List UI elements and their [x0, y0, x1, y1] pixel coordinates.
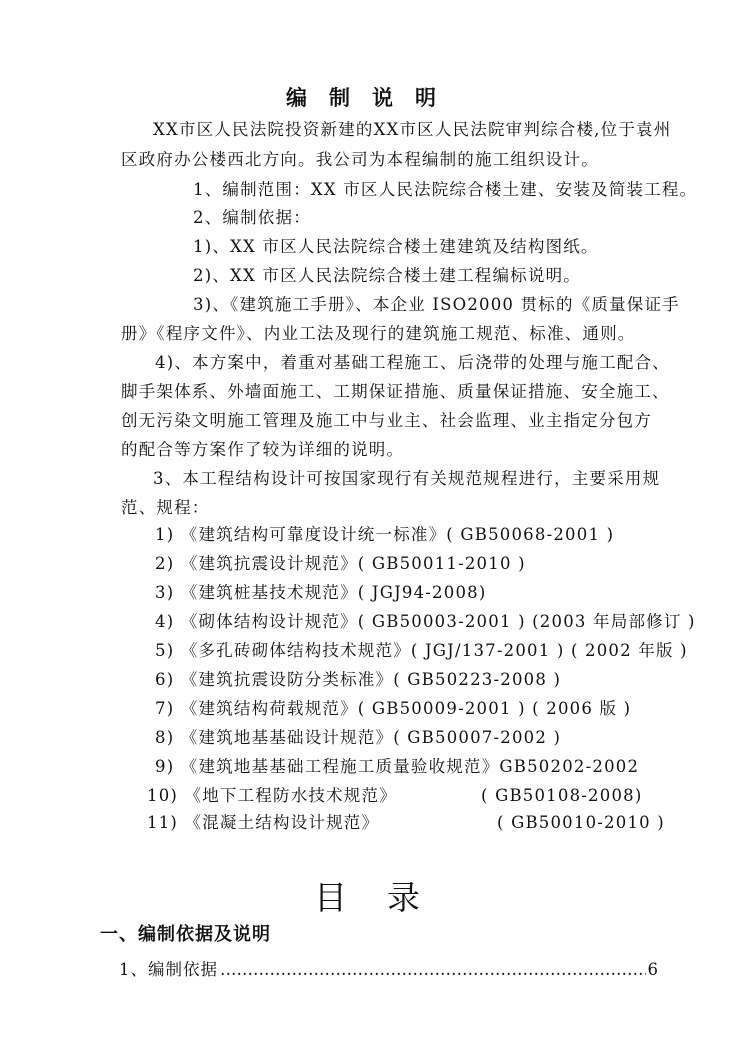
standard-item: 2) 《建筑抗震设计规范》( GB50011-2010 ) — [155, 553, 526, 575]
intro-line-1: XX市区人民法院投资新建的XX市区人民法院审判综合楼,位于袁州 — [153, 119, 671, 141]
standard-number: 11) — [147, 813, 178, 832]
standards-intro-line-1: 3、本工程结构设计可按国家现行有关规范规程进行，主要采用规 — [153, 468, 660, 490]
intro-line-2: 区政府办公楼西北方向。我公司为本程编制的施工组织设计。 — [121, 149, 599, 171]
basis-heading: 2、编制依据： — [193, 207, 311, 229]
standard-name: 《混凝土结构设计规范》 — [185, 813, 380, 832]
standard-item: 9) 《建筑地基基础工程施工质量验收规范》GB50202-2002 — [155, 756, 639, 778]
standard-name: 《建筑地基基础设计规范》 — [181, 728, 393, 747]
standard-code: ( GB50068-2001 ) — [446, 525, 614, 544]
standard-item: 3) 《建筑桩基技术规范》( JGJ94-2008) — [155, 582, 487, 604]
toc-section-heading: 一、编制依据及说明 — [100, 920, 271, 946]
standard-name: 《建筑结构可靠度设计统一标准》 — [181, 525, 447, 544]
standard-code: GB50202-2002 — [499, 757, 639, 776]
standard-number: 4) — [155, 612, 174, 631]
standard-name: 《建筑桩基技术规范》 — [181, 583, 358, 602]
basis-item-3-line-1: 3)、《建筑施工手册》、本企业 ISO2000 贯标的《质量保证手 — [193, 294, 680, 316]
standard-number: 5) — [155, 641, 174, 660]
standard-code: ( GB50108-2008) — [481, 785, 642, 807]
basis-item-4-line-1: 4)、本方案中，着重对基础工程施工、后浇带的处理与施工配合、 — [155, 352, 670, 374]
standard-number: 2) — [155, 554, 174, 573]
standards-intro-line-2: 范、规程： — [121, 497, 210, 519]
toc-title: 目录 — [0, 872, 744, 919]
standard-code: ( GB50223-2008 ) — [393, 670, 561, 689]
standard-number: 1) — [155, 525, 174, 544]
standard-item: 1) 《建筑结构可靠度设计统一标准》( GB50068-2001 ) — [155, 524, 614, 546]
standard-number: 3) — [155, 583, 174, 602]
toc-entry-label: 1、编制依据 — [119, 956, 218, 980]
toc-entry[interactable]: 1、编制依据 ………………………………………………………………………………………… — [119, 956, 659, 980]
standard-number: 10) — [147, 786, 178, 805]
standard-name: 《地下工程防水技术规范》 — [185, 786, 397, 805]
page-title: 编制说明 — [0, 82, 744, 112]
basis-item-1: 1)、XX 市区人民法院综合楼土建建筑及结构图纸。 — [193, 236, 599, 258]
basis-item-4-line-4: 的配合等方案作了较为详细的说明。 — [121, 439, 404, 461]
standard-item: 10) 《地下工程防水技术规范》 ( GB50108-2008) — [147, 785, 617, 807]
scope-line: 1、编制范围：XX 市区人民法院综合楼土建、安装及简装工程。 — [193, 179, 697, 201]
toc-entry-page: 6 — [648, 960, 660, 979]
standard-code: ( GB50009-2001 ) ( 2006 版 ) — [358, 699, 631, 718]
standard-code: ( GB50007-2002 ) — [393, 728, 561, 747]
standard-name: 《建筑结构荷载规范》 — [181, 699, 358, 718]
basis-item-4-line-3: 创无污染文明施工管理及施工中与业主、社会监理、业主指定分包方 — [121, 410, 652, 432]
basis-item-2: 2)、XX 市区人民法院综合楼土建工程编标说明。 — [193, 265, 581, 287]
standard-number: 8) — [155, 728, 174, 747]
toc-entry-leader: …………………………………………………………………………………………………………… — [220, 960, 646, 979]
standard-number: 6) — [155, 670, 174, 689]
standard-code: ( GB50011-2010 ) — [358, 554, 526, 573]
standard-code: ( JGJ/137-2001 ) ( 2002 年版 ) — [411, 641, 688, 660]
basis-item-4-line-2: 脚手架体系、外墙面施工、工期保证措施、质量保证措施、安全施工、 — [121, 381, 670, 403]
standard-item: 8) 《建筑地基基础设计规范》( GB50007-2002 ) — [155, 727, 561, 749]
standard-name: 《砌体结构设计规范》 — [181, 612, 358, 631]
standard-code: ( GB50010-2010 ) — [497, 812, 665, 834]
standard-item: 5) 《多孔砖砌体结构技术规范》( JGJ/137-2001 ) ( 2002 … — [155, 640, 688, 662]
standard-number: 9) — [155, 757, 174, 776]
standard-name: 《建筑地基基础工程施工质量验收规范》 — [181, 757, 500, 776]
standard-name: 《多孔砖砌体结构技术规范》 — [181, 641, 411, 660]
standard-item: 7) 《建筑结构荷载规范》( GB50009-2001 ) ( 2006 版 ) — [155, 698, 631, 720]
standard-item: 6) 《建筑抗震设防分类标准》( GB50223-2008 ) — [155, 669, 561, 691]
standard-code: ( JGJ94-2008) — [358, 583, 487, 602]
basis-item-3-line-2: 册》《程序文件》、内业工法及现行的建筑施工规范、标准、通则。 — [121, 323, 636, 345]
standard-item: 4) 《砌体结构设计规范》( GB50003-2001 ) (2003 年局部修… — [155, 611, 696, 633]
standard-name: 《建筑抗震设防分类标准》 — [181, 670, 393, 689]
standard-code: ( GB50003-2001 ) (2003 年局部修订 ) — [358, 612, 696, 631]
standard-number: 7) — [155, 699, 174, 718]
standard-name: 《建筑抗震设计规范》 — [181, 554, 358, 573]
standard-item: 11) 《混凝土结构设计规范》 ( GB50010-2010 ) — [147, 812, 637, 834]
